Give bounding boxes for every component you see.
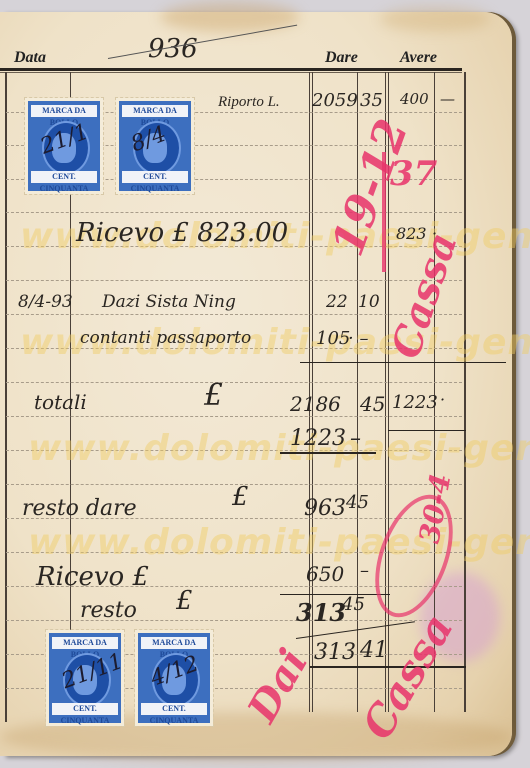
stamp-header: MARCA DA BOLLO [141,637,207,649]
sum-rule [280,594,390,595]
left-border-line [5,72,7,722]
entry-dare-cents: – [360,560,369,581]
sum-rule [388,430,466,431]
currency-symbol: £ [232,482,249,512]
row-line [6,382,462,383]
entry-dare-cents: 45 [342,594,365,615]
red-pencil-stroke [382,152,386,272]
currency-symbol: £ [204,378,223,413]
entry-dare-cents: 45 [360,392,385,416]
entry-avere: 1223 [392,392,438,413]
entry-description: Ricevo £ 823.00 [76,218,288,248]
stamp-value: CENT. CINQUANTA [52,703,118,715]
entry-avere: 400 [400,90,429,108]
entry-date: 8/4-93 [18,292,73,312]
entry-dare-cents: · – [348,328,368,349]
entry-dare: 22 [326,292,348,312]
revenue-stamp: MARCA DA BOLLO 21/11 CENT. CINQUANTA [46,630,124,726]
entry-description: Riporto L. [218,94,280,111]
red-annotation-number: 37 [390,154,437,194]
entry-dare: 1223 [290,426,346,451]
stamp-value: CENT. CINQUANTA [141,703,207,715]
column-header-data: Data [14,49,46,67]
entry-dare: 2186 [290,392,341,416]
currency-symbol: £ [176,586,193,616]
entry-avere-cents: — [440,90,455,108]
sum-rule [300,362,506,363]
entry-dare: 313 [314,640,356,665]
column-header-avere: Avere [400,49,437,67]
row-line [6,280,462,281]
stamp-value: CENT. CINQUANTA [122,171,188,183]
water-stain [380,6,490,32]
entry-dare-cents: 35 [360,90,383,111]
entry-description: totali [34,390,87,414]
entry-dare: 963 [304,496,346,521]
stamp-header: MARCA DA BOLLO [31,105,97,117]
entry-dare: 105 [316,328,350,349]
entry-description: resto dare [22,496,137,521]
entry-avere-cents: · [440,390,445,409]
entry-dare-cents: 10 [358,292,380,312]
row-line [6,416,462,417]
watermark: www.dolomiti-paesi-gente.it [28,522,530,563]
entry-dare-cents: – [350,426,361,451]
entry-dare: 650 [306,562,344,586]
stamp-header: MARCA DA BOLLO [122,105,188,117]
watermark: www.dolomiti-paesi-gente.it [28,428,530,469]
right-border-line [464,72,466,712]
entry-dare-cents: 45 [346,492,369,513]
entry-description: contanti passaporto [80,328,251,348]
revenue-stamp: MARCA DA BOLLO 4/12 CENT. CINQUANTA [135,630,213,726]
entry-description: Dazi Sista Ning [102,292,236,312]
sum-rule [280,452,376,454]
entry-description: resto [80,598,137,623]
entry-description: Ricevo £ [36,562,149,592]
column-header-dare: Dare [325,49,358,67]
row-line [6,620,462,621]
header-rule [0,68,462,71]
stamp-value: CENT. CINQUANTA [31,171,97,183]
row-line [6,212,462,213]
revenue-stamp: MARCA DA BOLLO 21/1 CENT. CINQUANTA [25,98,103,194]
stamp-header: MARCA DA BOLLO [52,637,118,649]
ledger-page: Data 936 Dare Avere www.dolomiti-paesi-g… [0,12,512,756]
entry-dare: 313 [296,598,346,627]
revenue-stamp: MARCA DA BOLLO 8/4 CENT. CINQUANTA [116,98,194,194]
entry-dare: 2059 [312,90,358,111]
entry-dare-cents: 41 [360,638,388,663]
